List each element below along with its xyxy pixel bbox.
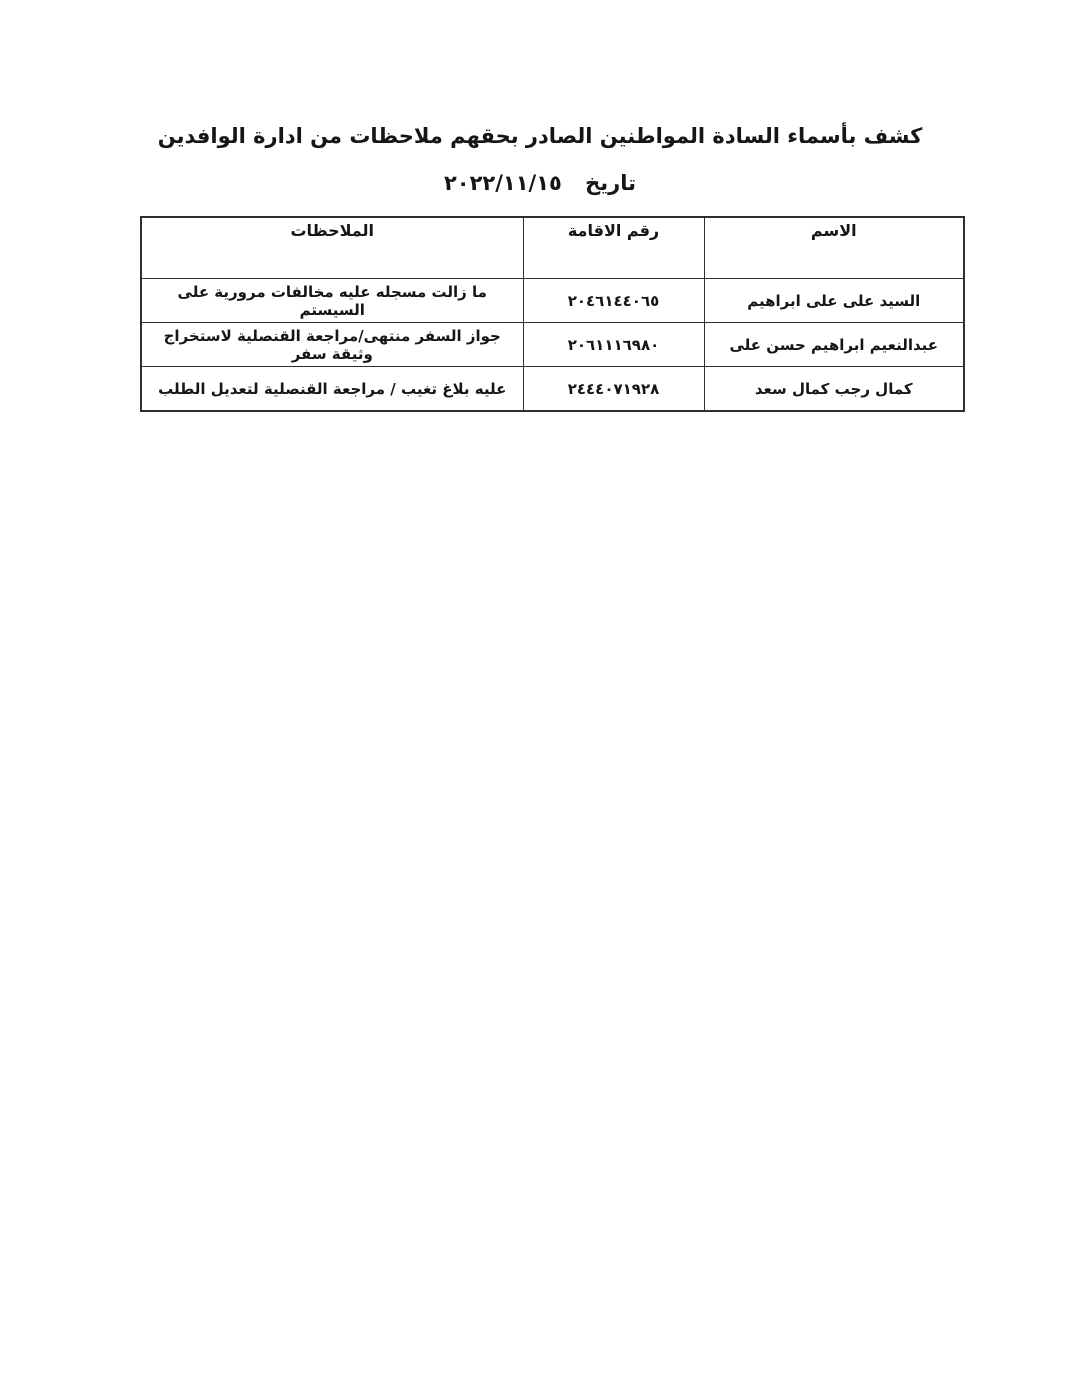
table-header-row: الاسم رقم الاقامة الملاحظات [141, 217, 964, 279]
name-cell: كمال رجب كمال سعد [704, 367, 964, 412]
table-row: السيد على على ابراهيم ٢٠٤٦١٤٤٠٦٥ ما زالت… [141, 279, 964, 323]
residence-number-cell: ٢٤٤٤٠٧١٩٢٨ [523, 367, 704, 412]
document-date-line: تاريخ ٢٠٢٢/١١/١٥ [0, 171, 1080, 195]
date-value: ٢٠٢٢/١١/١٥ [444, 171, 562, 195]
citizens-notes-table: الاسم رقم الاقامة الملاحظات السيد على عل… [140, 216, 965, 412]
header-residence-number: رقم الاقامة [523, 217, 704, 279]
header-notes: الملاحظات [141, 217, 523, 279]
notes-cell: عليه بلاغ تغيب / مراجعة القنصلية لتعديل … [141, 367, 523, 412]
table-row: كمال رجب كمال سعد ٢٤٤٤٠٧١٩٢٨ عليه بلاغ ت… [141, 367, 964, 412]
notes-cell: ما زالت مسجله عليه مخالفات مرورية على ال… [141, 279, 523, 323]
residence-number-cell: ٢٠٦١١١٦٩٨٠ [523, 323, 704, 367]
notes-cell: جواز السفر منتهى/مراجعة القنصلية لاستخرا… [141, 323, 523, 367]
name-cell: السيد على على ابراهيم [704, 279, 964, 323]
table-row: عبدالنعيم ابراهيم حسن على ٢٠٦١١١٦٩٨٠ جوا… [141, 323, 964, 367]
name-cell: عبدالنعيم ابراهيم حسن على [704, 323, 964, 367]
header-name: الاسم [704, 217, 964, 279]
document-title: كشف بأسماء السادة المواطنين الصادر بحقهم… [0, 124, 1080, 148]
residence-number-cell: ٢٠٤٦١٤٤٠٦٥ [523, 279, 704, 323]
document-page: كشف بأسماء السادة المواطنين الصادر بحقهم… [0, 0, 1080, 1398]
date-label: تاريخ [585, 171, 636, 195]
